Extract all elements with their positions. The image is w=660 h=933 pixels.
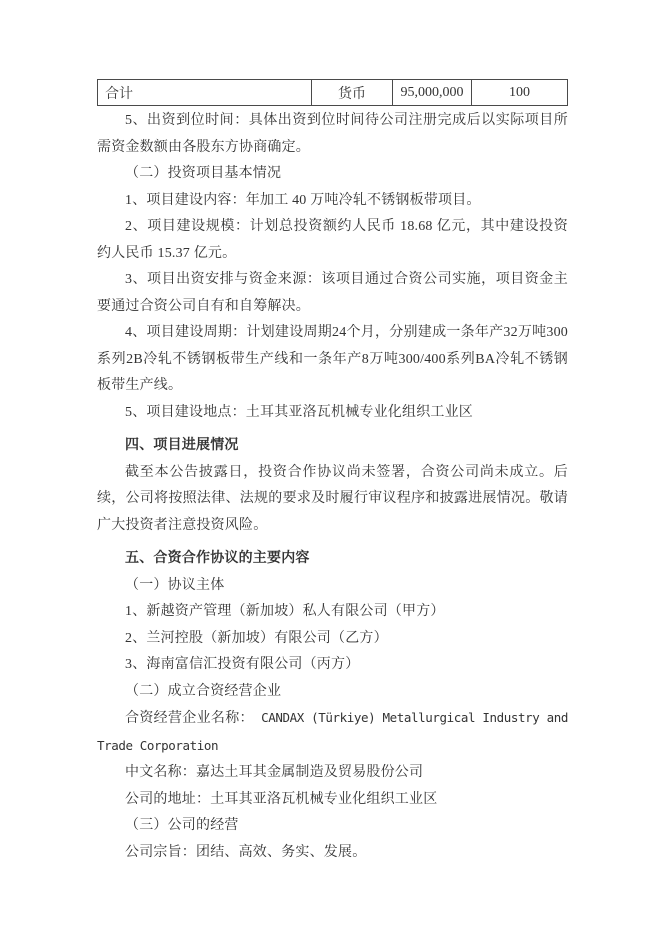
- paragraph-chinese-name: 中文名称：嘉达土耳其金属制造及贸易股份公司: [97, 760, 568, 787]
- paragraph-construction-period: 4、项目建设周期：计划建设周期24个月，分别建成一条年产32万吨300系列2B冷…: [97, 320, 568, 400]
- paragraph-project-scale: 2、项目建设规模：计划总投资额约人民币 18.68 亿元，其中建设投资约人民币 …: [97, 214, 568, 267]
- heading-section-4-project-progress: 四、项目进展情况: [97, 433, 568, 460]
- document-content: 合计 货币 95,000,000 100 5、出资到位时间：具体出资到位时间待公…: [97, 79, 568, 866]
- subheading-project-overview: （二）投资项目基本情况: [97, 161, 568, 188]
- paragraph-party-a: 1、新越资产管理（新加坡）私人有限公司（甲方）: [97, 599, 568, 626]
- paragraph-jv-company-name: 合资经营企业名称： CANDAX (Türkiye) Metallurgical…: [97, 705, 568, 760]
- table-cell-currency: 货币: [312, 80, 393, 106]
- jv-name-label: 合资经营企业名称：: [125, 711, 261, 726]
- paragraph-company-address: 公司的地址：土耳其亚洛瓦机械专业化组织工业区: [97, 787, 568, 814]
- paragraph-funding-source: 3、项目出资安排与资金来源：该项目通过合资公司实施，项目资金主要通过合资公司自有…: [97, 267, 568, 320]
- heading-section-5-agreement-content: 五、合资合作协议的主要内容: [97, 546, 568, 573]
- subheading-company-operation: （三）公司的经营: [97, 813, 568, 840]
- paragraph-capital-timing: 5、出资到位时间：具体出资到位时间待公司注册完成后以实际项目所需资金数额由各股东…: [97, 108, 568, 161]
- subheading-agreement-parties: （一）协议主体: [97, 573, 568, 600]
- table-row-total: 合计 货币 95,000,000 100: [98, 80, 568, 106]
- table-cell-percent: 100: [472, 80, 568, 106]
- paragraph-project-location: 5、项目建设地点：土耳其亚洛瓦机械专业化组织工业区: [97, 400, 568, 427]
- paragraph-progress-status: 截至本公告披露日，投资合作协议尚未签署，合资公司尚未成立。后续，公司将按照法律、…: [97, 460, 568, 540]
- capital-summary-table: 合计 货币 95,000,000 100: [97, 79, 568, 106]
- paragraph-party-c: 3、海南富信汇投资有限公司（丙方）: [97, 652, 568, 679]
- paragraph-company-tenet: 公司宗旨：团结、高效、务实、发展。: [97, 840, 568, 867]
- document-page: 合计 货币 95,000,000 100 5、出资到位时间：具体出资到位时间待公…: [0, 0, 660, 933]
- paragraph-party-b: 2、兰河控股（新加坡）有限公司（乙方）: [97, 626, 568, 653]
- table-cell-total-label: 合计: [98, 80, 312, 106]
- subheading-establish-jv: （二）成立合资经营企业: [97, 679, 568, 706]
- paragraph-project-content: 1、项目建设内容：年加工 40 万吨冷轧不锈钢板带项目。: [97, 188, 568, 215]
- table-cell-amount: 95,000,000: [393, 80, 472, 106]
